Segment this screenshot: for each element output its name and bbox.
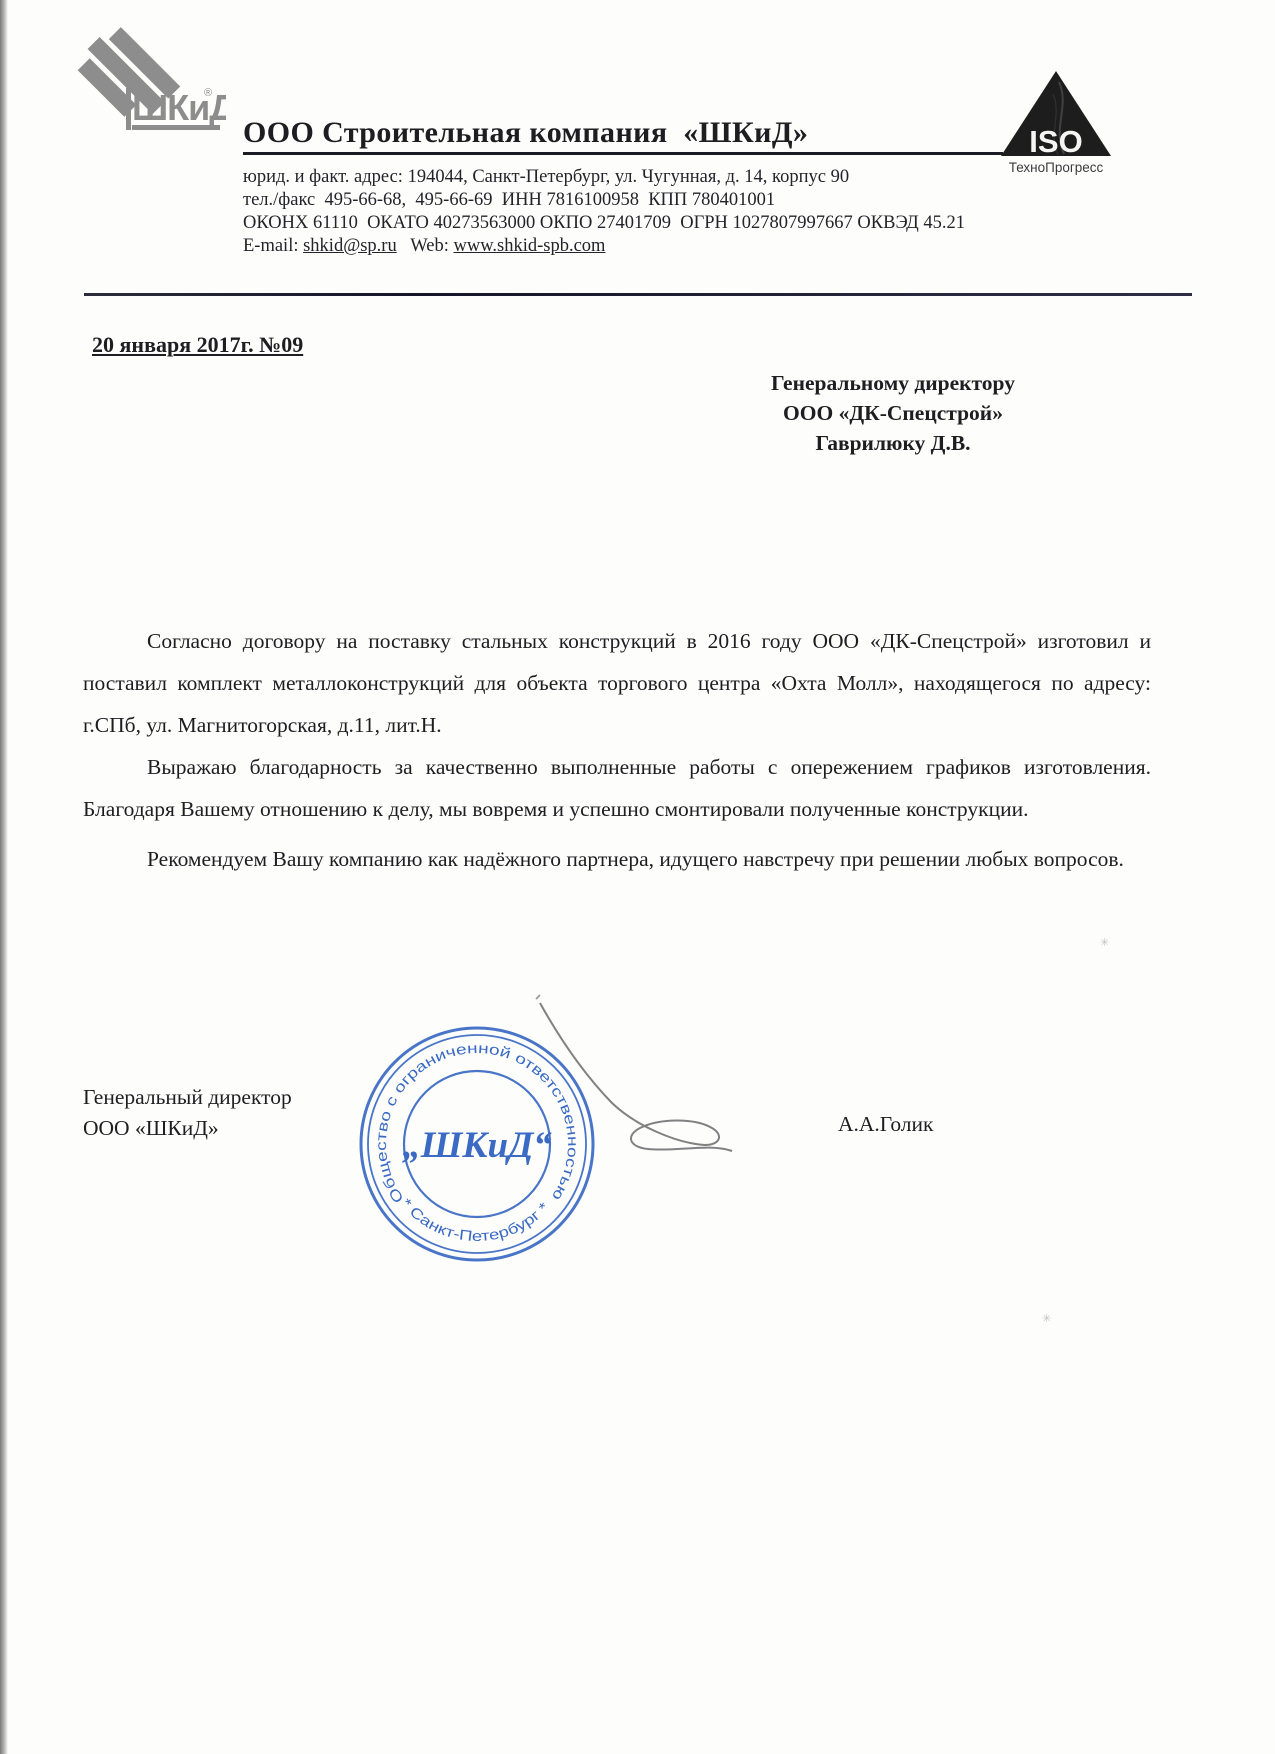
- date-number-line: 20 января 2017г. №09: [92, 332, 303, 358]
- header-divider: [84, 293, 1192, 296]
- iso-label: ISO: [1029, 124, 1082, 159]
- address-line-contacts: E-mail: shkid@sp.ru Web: www.shkid-spb.c…: [243, 235, 605, 258]
- body-paragraph-1: Согласно договору на поставку стальных к…: [83, 620, 1151, 746]
- scan-speck: ✳: [1100, 936, 1109, 949]
- address-line-legal: юрид. и факт. адрес: 194044, Санкт-Петер…: [243, 166, 849, 189]
- scan-speck: ✳: [1042, 1312, 1051, 1325]
- company-logo: ШКиД ®: [66, 26, 226, 138]
- address-line-codes: ОКОНХ 61110 ОКАТО 40273563000 ОКПО 27401…: [243, 212, 965, 235]
- signer-company: ООО «ШКиД»: [83, 1113, 292, 1144]
- handwritten-signature: [500, 985, 760, 1175]
- address-line-phone-inn: тел./факс 495-66-68, 495-66-69 ИНН 78161…: [243, 189, 775, 212]
- body-paragraph-3: Рекомендуем Вашу компанию как надёжного …: [83, 838, 1151, 880]
- recipient-block: Генеральному директору ООО «ДК-Спецстрой…: [742, 368, 1044, 458]
- recipient-person: Гаврилюку Д.В.: [742, 428, 1044, 458]
- iso-subtitle: ТехноПрогресс: [1009, 160, 1104, 175]
- scan-edge-shadow: [0, 0, 8, 1754]
- body-paragraph-2: Выражаю благодарность за качественно вып…: [83, 746, 1151, 830]
- email-label: E-mail:: [243, 236, 298, 256]
- signer-position: Генеральный директор: [83, 1082, 292, 1113]
- iso-certification-logo: ISO ТехноПрогресс: [996, 68, 1116, 178]
- letter-body: Согласно договору на поставку стальных к…: [83, 620, 1151, 880]
- logo-wordmark: ШКиД ®: [126, 87, 226, 130]
- company-title: ООО Строительная компания «ШКиД»: [243, 116, 1003, 155]
- scanned-letter-page: ШКиД ® ISO ТехноПрогресс ООО Строительна…: [0, 0, 1275, 1754]
- recipient-position: Генеральному директору: [742, 368, 1044, 398]
- signer-title-block: Генеральный директор ООО «ШКиД»: [83, 1082, 292, 1144]
- recipient-company: ООО «ДК-Спецстрой»: [742, 398, 1044, 428]
- web-label: Web:: [410, 236, 449, 256]
- svg-text:®: ®: [204, 87, 212, 99]
- signer-name: А.А.Голик: [838, 1112, 934, 1137]
- email-value: shkid@sp.ru: [303, 236, 397, 256]
- web-value: www.shkid-spb.com: [454, 236, 606, 256]
